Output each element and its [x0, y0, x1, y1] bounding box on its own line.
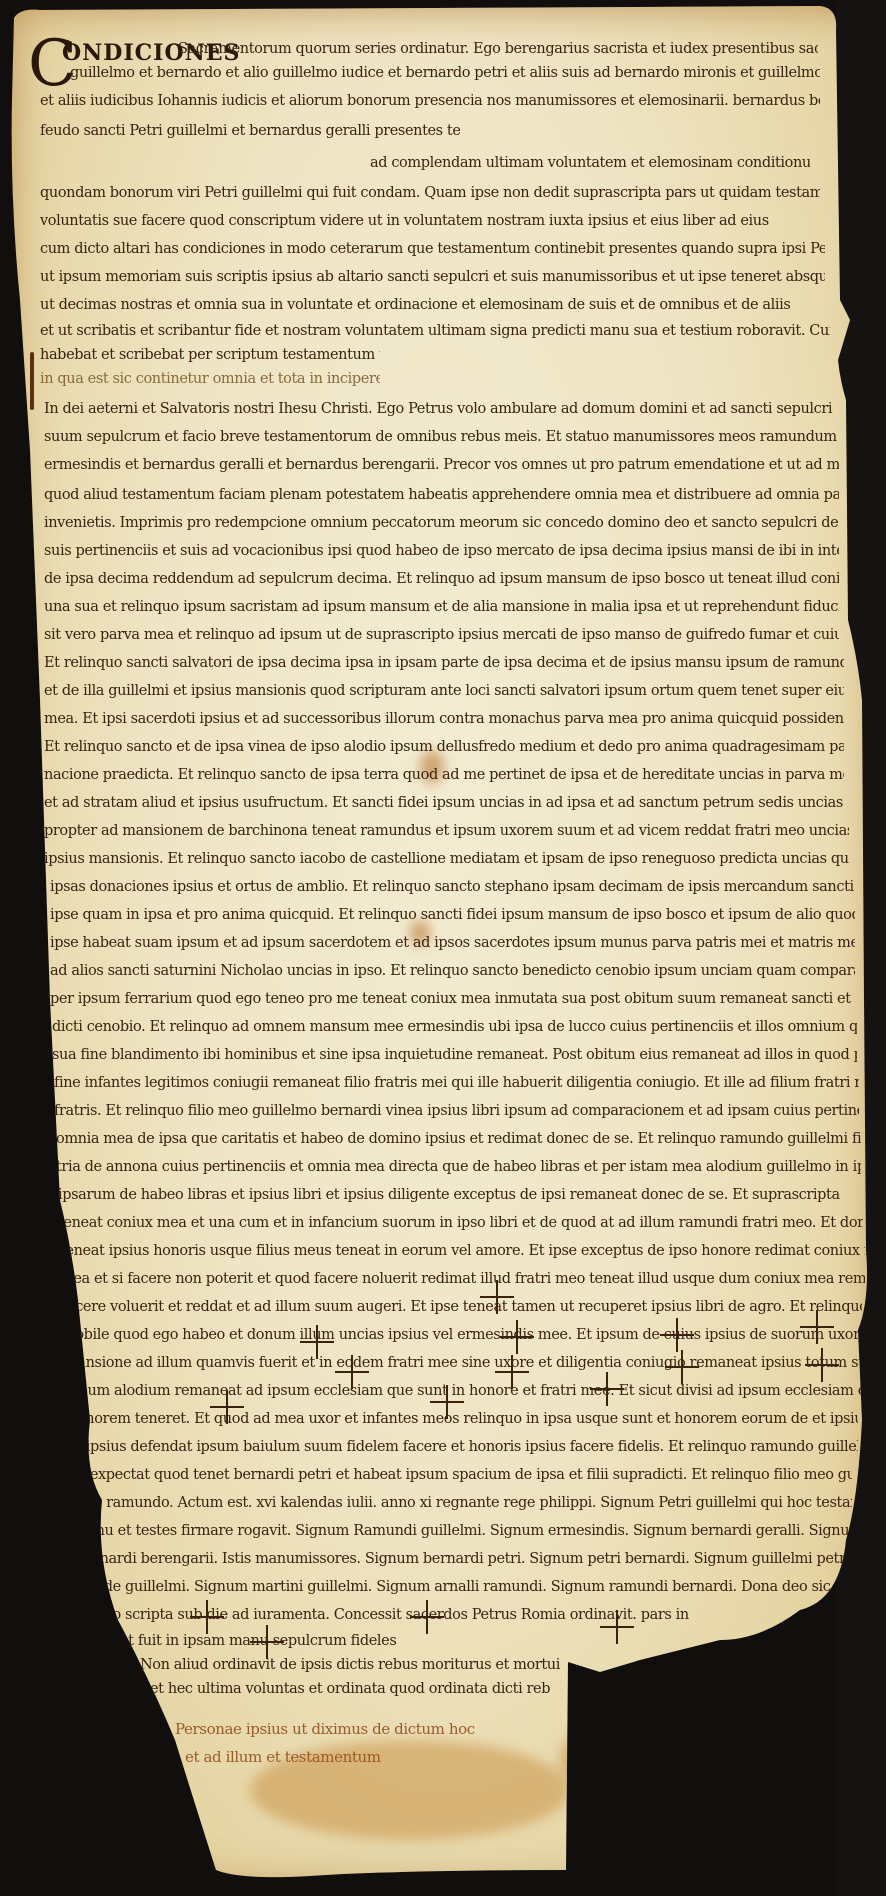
footer-note: et ad illum et testamentum: [185, 1748, 465, 1766]
parchment-tail: Personae ipsius ut diximus de dictum hoc…: [0, 0, 886, 1896]
footer-note: Personae ipsius ut diximus de dictum hoc: [175, 1720, 515, 1738]
